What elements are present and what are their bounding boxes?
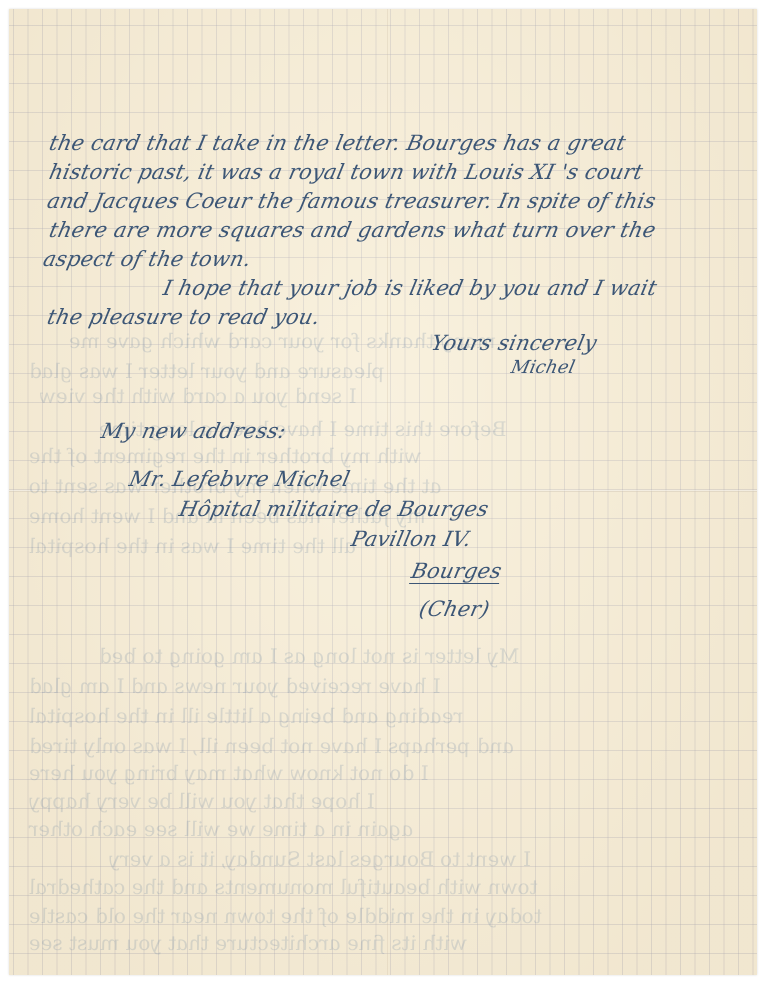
bleed-line: with my brother in the regiment of the: [26, 444, 424, 468]
bleed-line: I have received your news and I am glad: [26, 674, 443, 698]
signature: Michel: [509, 357, 577, 378]
body-line-5: aspect of the town.: [41, 247, 253, 271]
body-line-4: there are more squares and gardens what …: [47, 218, 658, 242]
bleed-line: reading and being a little ill in the ho…: [26, 704, 465, 728]
address-heading: My new address:: [99, 419, 288, 443]
bleed-line: today in the middle of the town near the…: [26, 904, 544, 928]
bleed-line: I send you a card with the view: [36, 384, 359, 408]
valediction: Yours sincerely: [429, 331, 599, 355]
bleed-line: I went to Bourges last Sunday, it is a v…: [106, 847, 533, 871]
bleed-line: with its fine architecture that you must…: [26, 931, 469, 955]
bleed-line: town with beautiful monuments and the ca…: [26, 875, 540, 899]
body-line-1: the card that I take in the letter. Bour…: [47, 131, 628, 155]
bleed-line: and perhaps I have not been ill, I was o…: [26, 734, 517, 758]
address-institution: Hôpital militaire de Bourges: [177, 497, 491, 521]
closing-line-2: the pleasure to read you.: [45, 305, 322, 329]
bleed-line: My letter is not long as I am going to b…: [96, 644, 521, 668]
bleed-line: again in a time we will see each other: [26, 817, 416, 841]
closing-line-1: I hope that your job is liked by you and…: [161, 276, 659, 300]
address-department: (Cher): [417, 597, 492, 621]
bleed-line: I hope that you will be very happy: [26, 789, 377, 813]
address-building: Pavillon IV.: [349, 527, 474, 551]
body-line-3: and Jacques Coeur the famous treasurer. …: [45, 189, 658, 213]
body-line-2: historic past, it was a royal town with …: [47, 160, 645, 184]
bleed-line: all the time I was in the hospital: [26, 534, 358, 558]
bleed-line: pleasure and your letter I was glad: [26, 359, 387, 383]
address-city: Bourges: [409, 559, 504, 584]
bleed-line: I do not know what may bring you here: [26, 761, 431, 785]
address-name: Mr. Lefebvre Michel: [127, 467, 352, 491]
letter-page: many thanks for your card which gave me …: [9, 9, 757, 975]
